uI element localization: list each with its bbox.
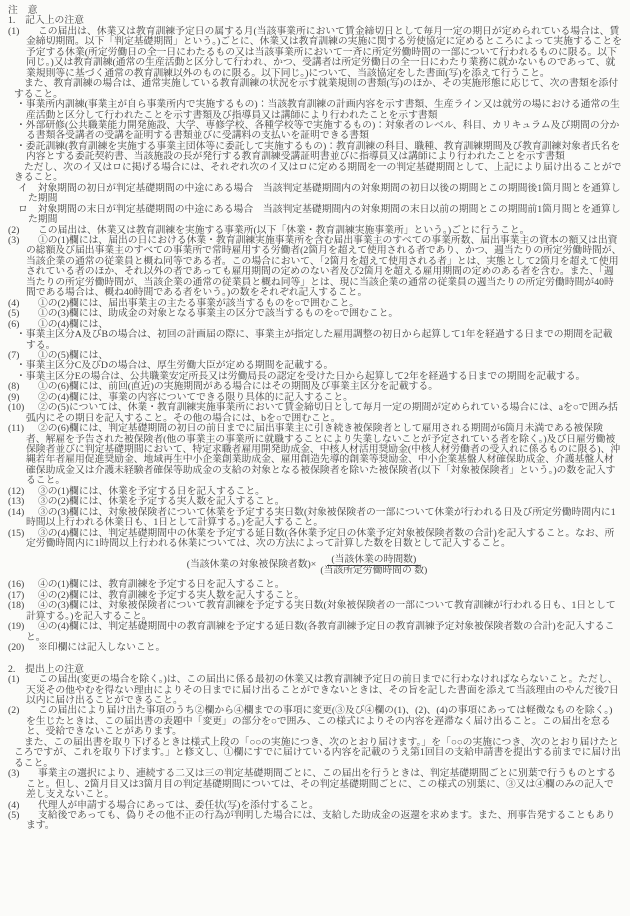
item-paragraph: 支給後であっても、偽りその他不正の行為が判明した場合には、支給した助成金の返還を…: [26, 811, 622, 832]
item-paragraph: この届出により届け出た事項のうち②欄から④欄までの事項に変更(③及び④欄の(1)…: [26, 706, 622, 737]
item-number: (6): [8, 320, 19, 330]
item-bullet: ・委託訓練(教育訓練を実施する事業主団体等に委託して実施するもの)：教育訓練の科…: [16, 142, 622, 163]
notes-page: 注 意 1. 記入上の注意(1)この届出は、休業又は教育訓練予定日の属する月(当…: [0, 0, 630, 832]
formula-fraction: (当該休業の時間数)(当該所定労働時間の 数): [316, 555, 431, 577]
item-paragraph: この届出は、休業又は教育訓練予定日の属する月(当該事業所において賃金締切日として…: [26, 27, 622, 79]
item-paragraph: ③の(4)欄には、判定基礎期間中の休業を予定する延日数(各休業予定日の休業予定対…: [26, 529, 622, 550]
item-number: (18): [8, 601, 24, 611]
item-number: (1): [8, 675, 19, 685]
notes-sections: 1. 記入上の注意(1)この届出は、休業又は教育訓練予定日の属する月(当該事業所…: [8, 16, 622, 831]
item-number: (15): [8, 529, 24, 539]
item-number: (20): [8, 643, 24, 653]
item-subitem: ロ 対象期間の末日が判定基礎期間の中途にある場合 当該判定基礎期間内の対象期間の…: [18, 205, 622, 226]
note-item: (3)①の(1)欄には、届出の日における休業・教育訓練実施事業所を含む届出事業主…: [8, 236, 622, 299]
note-item: (18)④の(3)欄には、対象被保険者について教育訓練を予定する実日数(対象被保…: [8, 601, 622, 622]
item-subitem: イ 対象期間の初日が判定基礎期間の中途にある場合 当該判定基礎期間内の対象期間の…: [18, 184, 622, 205]
item-paragraph: ③の(3)欄には、対象被保険者について休業を予定する実日数(対象被保険者の一部に…: [26, 508, 622, 529]
item-paragraph: ②の(5)については、休業・教育訓練実施事業所において賃金締切日として毎月一定の…: [26, 403, 622, 424]
section: 2. 提出上の注意(1)この届出(変更の場合を除く。)は、この届出に係る最初の休…: [8, 665, 622, 832]
item-number: (5): [8, 811, 19, 821]
item-continuation-paragraph: また、この届出書を取り下げるときは様式上段の「○○の実施につき、次のとおり届けま…: [14, 738, 622, 769]
note-item: (1)この届出は、休業又は教育訓練予定日の属する月(当該事業所において賃金締切日…: [8, 27, 622, 226]
note-item: (7)①の(5)欄には、・事業主区分C及びDの場合は、厚生労働大臣が定める期間を…: [8, 351, 622, 382]
item-paragraph: ④の(4)欄には、判定基礎期間中の教育訓練を予定する延日数(各教育訓練予定日の教…: [26, 622, 622, 643]
note-item: (14)③の(3)欄には、対象被保険者について休業を予定する実日数(対象被保険者…: [8, 508, 622, 529]
item-continuation-paragraph: また、教育訓練の場合は、通常実施している教育訓練の状況を示す就業規則の書類(写)…: [14, 79, 622, 100]
section: 1. 記入上の注意(1)この届出は、休業又は教育訓練予定日の属する月(当該事業所…: [8, 16, 622, 653]
item-paragraph: この届出(変更の場合を除く。)は、この届出に係る最初の休業又は教育訓練予定日の前…: [26, 675, 622, 706]
item-number: (11): [8, 424, 24, 434]
item-paragraph: ①の(1)欄には、届出の日における休業・教育訓練実施事業所を含む届出事業主のすべ…: [26, 236, 622, 299]
note-item: (1)この届出(変更の場合を除く。)は、この届出に係る最初の休業又は教育訓練予定…: [8, 675, 622, 706]
item-number: (7): [8, 351, 19, 361]
formula-denominator: (当該所定労働時間の 数): [316, 566, 431, 576]
item-bullet: ・事業主区分A及びBの場合は、初回の計画届の際に、事業主が指定した雇用調整の初日…: [16, 330, 622, 351]
note-item: (15)③の(4)欄には、判定基礎期間中の休業を予定する延日数(各休業予定日の休…: [8, 529, 622, 577]
note-item: (11)②の(6)欄には、判定基礎期間の初日の前日までに届出事業主に引き続き被保…: [8, 424, 622, 487]
note-item: (2)この届出により届け出た事項のうち②欄から④欄までの事項に変更(③及び④欄の…: [8, 706, 622, 769]
note-item: (3)事業主の選択により、連続する二又は三の判定基礎期間ごとに、この届出を行うと…: [8, 769, 622, 800]
item-paragraph: ④の(3)欄には、対象被保険者について教育訓練を予定する実日数(対象被保険者の一…: [26, 601, 622, 622]
note-item: (5)支給後であっても、偽りその他不正の行為が判明した場合には、支給した助成金の…: [8, 811, 622, 832]
item-number: (19): [8, 622, 24, 632]
item-paragraph: 事業主の選択により、連続する二又は三の判定基礎期間ごとに、この届出を行うときは、…: [26, 769, 622, 800]
note-item: (10)②の(5)については、休業・教育訓練実施事業所において賃金締切日として毎…: [8, 403, 622, 424]
item-number: (3): [8, 769, 19, 779]
item-paragraph: ①の(3)欄には、助成金の対象となる事業主の区分で該当するものを○で囲むこと。: [26, 309, 622, 319]
item-bullet: ・外部研修(公共職業能力開発施設、大学、専修学校、各種学校等で実施するもの)：対…: [16, 121, 622, 142]
item-number: (2): [8, 706, 19, 716]
item-number: (10): [8, 403, 24, 413]
holiday-days-formula: (当該休業の対象被保険者数)×(当該休業の時間数)(当該所定労働時間の 数): [26, 555, 592, 577]
note-item: (20)※印欄には記入しないこと。: [8, 643, 622, 653]
note-item: (19)④の(4)欄には、判定基礎期間中の教育訓練を予定する延日数(各教育訓練予…: [8, 622, 622, 643]
item-bullet: ・事業所内訓練(事業主が自ら事業所内で実施するもの)：当該教育訓練の計画内容を示…: [16, 100, 622, 121]
item-number: (3): [8, 236, 19, 246]
item-continuation-paragraph: ただし、次のイ又はロに掲げる場合には、それぞれ次のイ又はロに定める期間を一の判定…: [14, 163, 622, 184]
formula-lhs: (当該休業の対象被保険者数)×: [187, 560, 317, 570]
doc-title: 注 意: [8, 6, 622, 16]
item-paragraph: ※印欄には記入しないこと。: [26, 643, 622, 653]
item-number: (14): [8, 508, 24, 518]
note-item: (6)①の(4)欄には、・事業主区分A及びBの場合は、初回の計画届の際に、事業主…: [8, 320, 622, 351]
item-paragraph: ②の(6)欄には、判定基礎期間の初日の前日までに届出事業主に引き続き被保険者とし…: [26, 424, 622, 487]
item-number: (1): [8, 27, 19, 37]
